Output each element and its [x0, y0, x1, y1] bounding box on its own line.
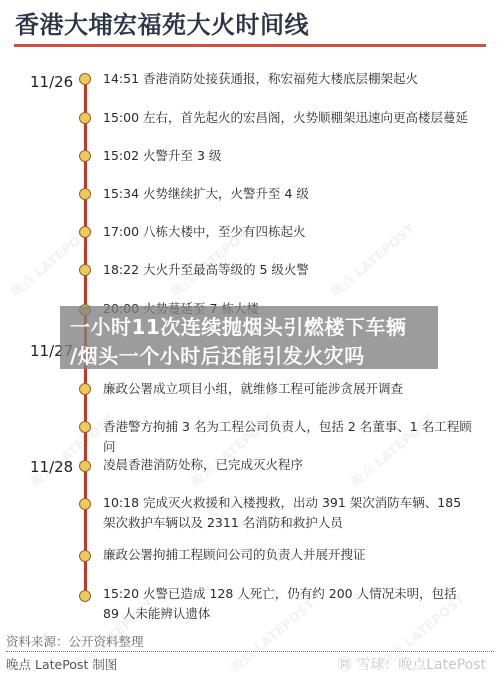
source-note: 资料来源：公开资料整理: [6, 632, 144, 650]
timeline-dot: [79, 590, 91, 602]
timeline-dot: [79, 550, 91, 562]
headline-line-1: 一小时11次连续抛烟头引燃楼下车辆: [70, 311, 406, 340]
event-text: 15:20 火警已造成 128 人死亡，仍有约 200 人情况未明，包括 89 …: [103, 584, 473, 624]
footer-divider: [6, 651, 494, 652]
event-text: 14:51 香港消防处接获通报，称宏福苑大楼底层棚架起火: [103, 69, 473, 89]
timeline-dot: [79, 150, 91, 162]
timeline-dot: [79, 226, 91, 238]
timeline-dot: [79, 383, 91, 395]
timeline-dot: [79, 112, 91, 124]
timeline-dot: [79, 460, 91, 472]
event-text: 廉政公署拘捕工程顾问公司的负责人并展开搜证: [103, 545, 473, 565]
event-text: 15:34 火势继续扩大，火警升至 4 级: [103, 184, 473, 204]
timeline-dot: [79, 188, 91, 200]
date-label: 11/26: [30, 73, 73, 91]
timeline-dot: [79, 73, 91, 85]
event-text: 15:02 火警升至 3 级: [103, 146, 473, 166]
credit-note: 晚点 LatePost 制图: [6, 655, 117, 673]
event-text: 凌晨香港消防处称，已完成灭火程序: [103, 455, 473, 475]
date-label: 11/28: [30, 458, 73, 476]
timeline-dot: [79, 498, 91, 510]
timeline-dot: [79, 421, 91, 433]
event-text: 香港警方拘捕 3 名为工程公司负责人，包括 2 名董事、1 名工程顾问: [103, 417, 473, 457]
headline-line-2: /烟头一个小时后还能引发火灾吗: [70, 340, 365, 369]
title-underline: [14, 44, 486, 47]
event-text: 10:18 完成灭火救援和入楼搜救，出动 391 架次消防车辆、185 架次救护…: [103, 493, 473, 533]
platform-watermark: ㉄ 雪球：晚点LatePost: [338, 654, 486, 674]
event-text: 17:00 八栋大楼中，至少有四栋起火: [103, 222, 473, 242]
event-text: 廉政公署成立项目小组，就维修工程可能涉贪展开调查: [103, 379, 473, 399]
event-text: 15:00 左右，首先起火的宏昌阁，火势顺棚架迅速向更高楼层蔓延: [103, 108, 473, 128]
page-title: 香港大埔宏福苑大火时间线: [15, 5, 309, 40]
event-text: 18:22 大火升至最高等级的 5 级火警: [103, 260, 473, 280]
timeline-dot: [79, 264, 91, 276]
